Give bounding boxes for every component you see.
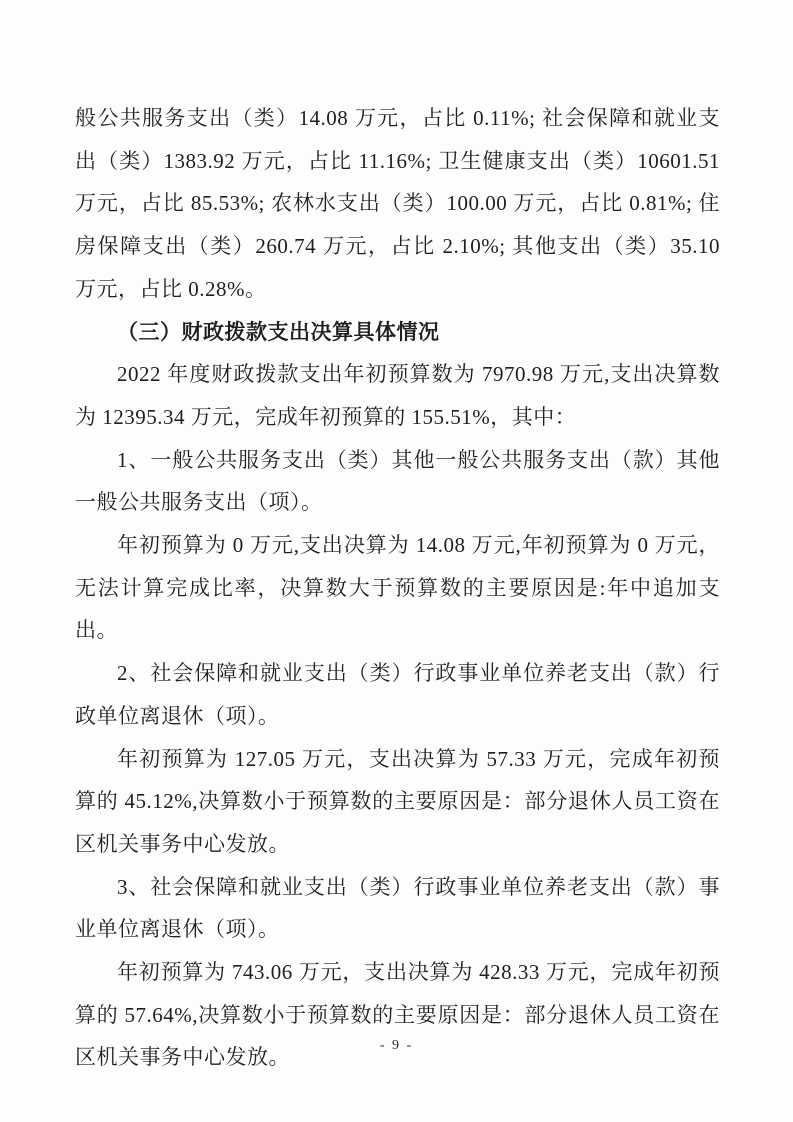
- document-body: 般公共服务支出（类）14.08 万元，占比 0.11%; 社会保障和就业支出（类…: [75, 97, 720, 1079]
- paragraph-item-3-detail: 年初预算为 743.06 万元，支出决算为 428.33 万元，完成年初预算的 …: [75, 951, 720, 1079]
- paragraph-item-2-detail: 年初预算为 127.05 万元，支出决算为 57.33 万元，完成年初预算的 4…: [75, 738, 720, 866]
- paragraph-item-3-title: 3、社会保障和就业支出（类）行政事业单位养老支出（款）事业单位离退休（项）。: [75, 866, 720, 951]
- paragraph-expenditure-breakdown-continued: 般公共服务支出（类）14.08 万元，占比 0.11%; 社会保障和就业支出（类…: [75, 97, 720, 311]
- section-heading-fiscal-expenditure-details: （三）财政拨款支出决算具体情况: [75, 311, 720, 354]
- paragraph-item-2-title: 2、社会保障和就业支出（类）行政事业单位养老支出（款）行政单位离退休（项）。: [75, 652, 720, 737]
- paragraph-item-1-title: 1、一般公共服务支出（类）其他一般公共服务支出（款）其他一般公共服务支出（项）。: [75, 439, 720, 524]
- paragraph-item-1-detail: 年初预算为 0 万元,支出决算为 14.08 万元,年初预算为 0 万元，无法计…: [75, 524, 720, 652]
- document-page: 般公共服务支出（类）14.08 万元，占比 0.11%; 社会保障和就业支出（类…: [0, 0, 793, 1122]
- page-number: - 9 -: [0, 1036, 793, 1056]
- paragraph-budget-overview: 2022 年度财政拨款支出年初预算数为 7970.98 万元,支出决算数为 12…: [75, 353, 720, 438]
